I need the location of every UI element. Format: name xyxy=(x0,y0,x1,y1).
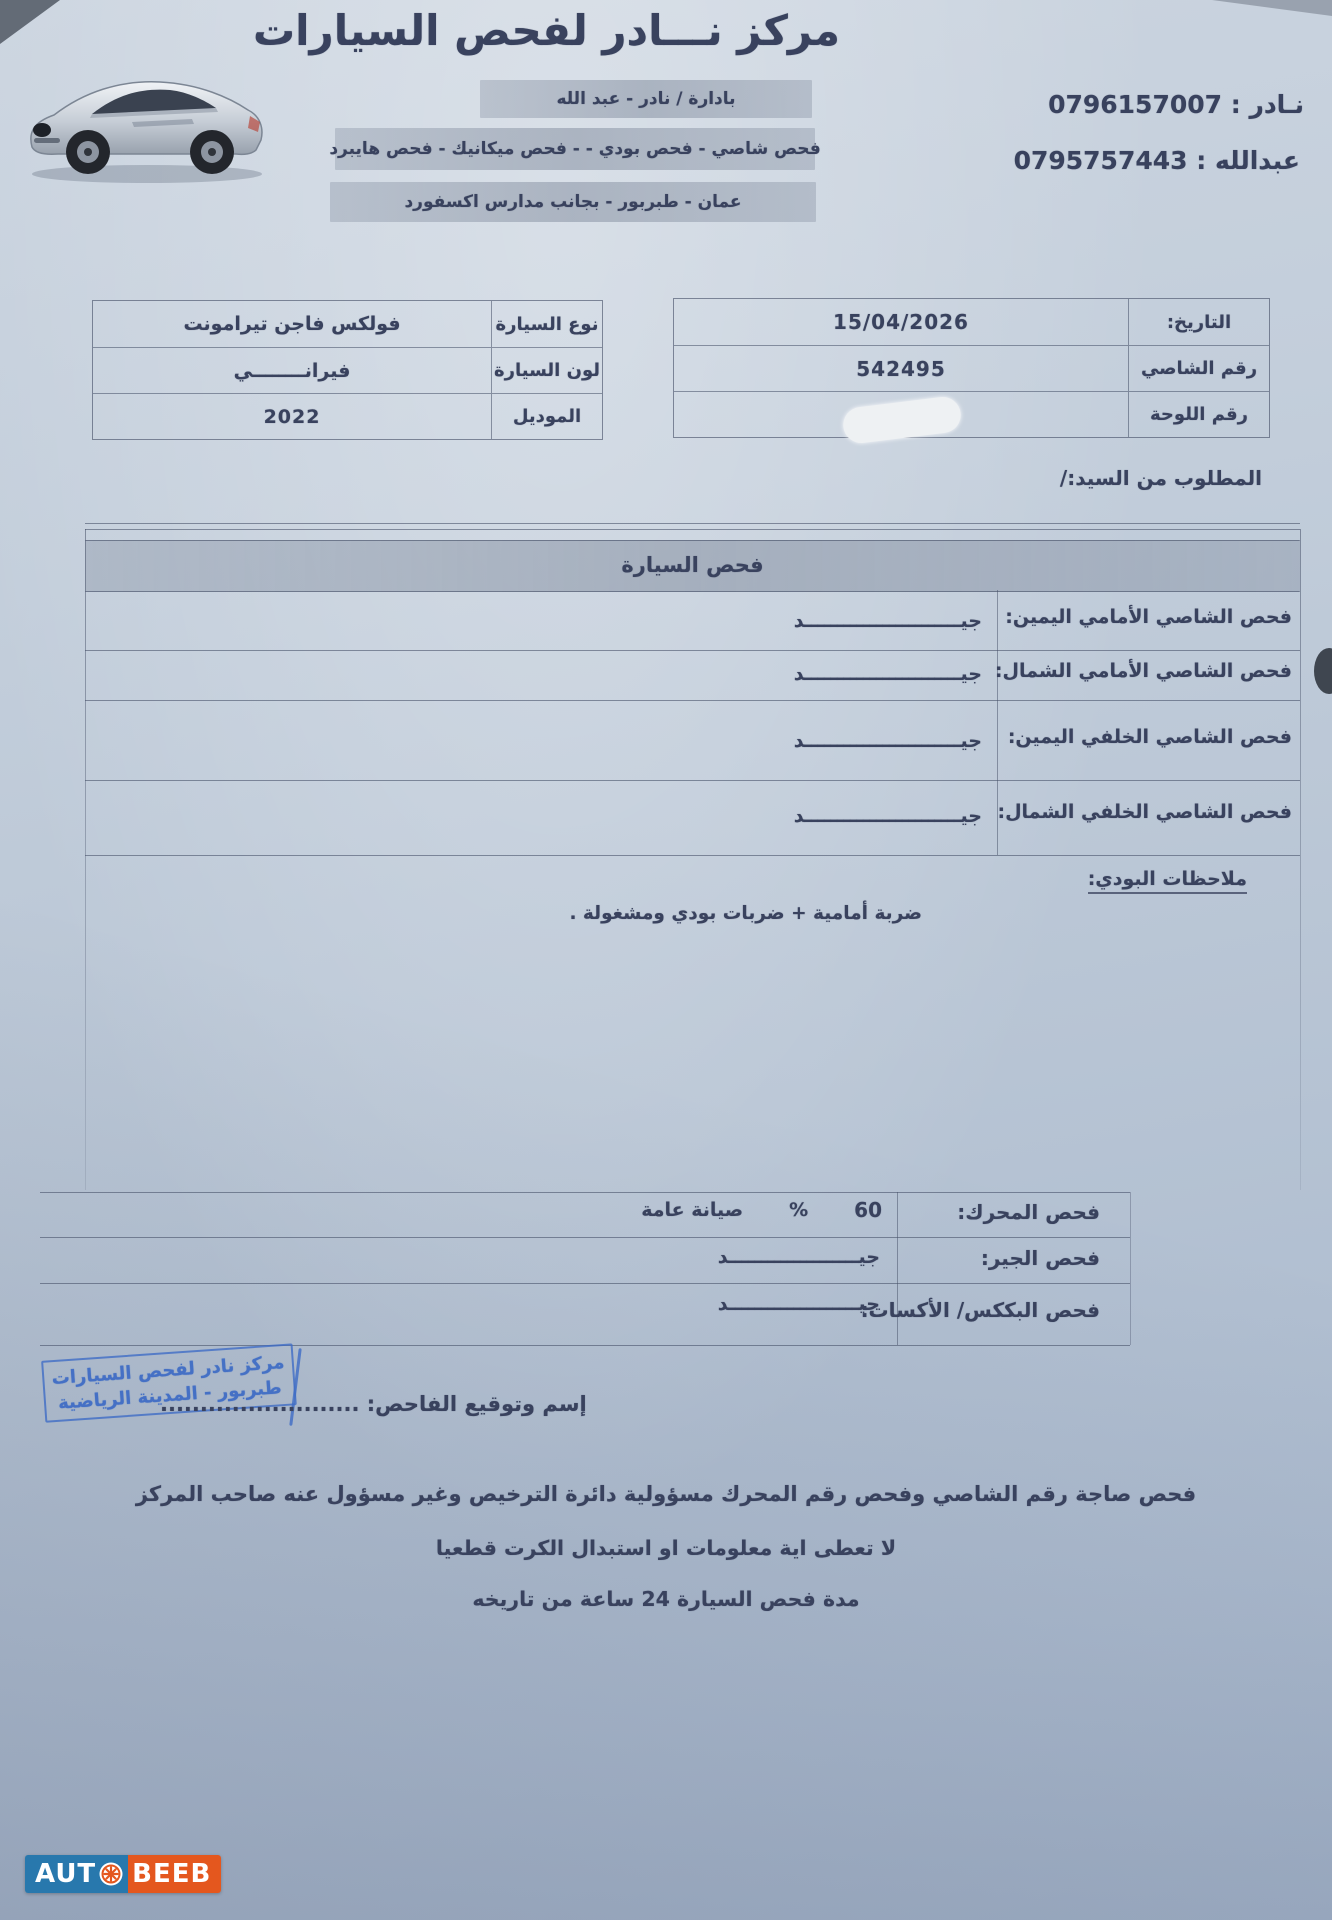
phone-abdullah-label: عبدالله : xyxy=(1196,146,1300,175)
chassis-value: 542495 xyxy=(674,345,1128,391)
autobeeb-text-left: AUT xyxy=(35,1859,96,1889)
services-line: فحص شاصي - فحص بودي - - فحص ميكانيك - فح… xyxy=(329,139,820,159)
inspection-row-label: فحص الشاصي الخلفي الشمال: xyxy=(997,801,1292,824)
inspection-section-title: فحص السيارة xyxy=(621,553,763,578)
row-line-1 xyxy=(85,650,1300,651)
scanned-inspection-form: مركز نـــادر لفحص السيارات بادارة / نادر… xyxy=(0,0,1332,1920)
inspection-row-value: جيــــــــــــــــــــــــد xyxy=(794,730,982,753)
footer-note-2: لا تعطى اية معلومات او استبدال الكرت قطع… xyxy=(66,1536,1266,1561)
signature-dotted-line: ......................... xyxy=(160,1392,359,1416)
phone-nader: نـادر : 0796157007 xyxy=(1048,90,1304,120)
vehicle-type-label: نوع السيارة xyxy=(491,301,602,347)
mech-right-border xyxy=(1130,1192,1131,1345)
footer-note-1: فحص صاجة رقم الشاصي وفحص رقم المحرك مسؤو… xyxy=(66,1482,1266,1507)
autobeeb-text-right: BEEB xyxy=(132,1859,211,1889)
paper-edge-notch xyxy=(1314,648,1332,694)
inspection-header-band: فحص السيارة xyxy=(85,540,1300,592)
vehicle-color-label: لون السيارة xyxy=(491,347,602,393)
box-top-line-outer xyxy=(85,523,1300,524)
services-band: فحص شاصي - فحص بودي - - فحص ميكانيك - فح… xyxy=(335,128,815,170)
engine-check-label: فحص المحرك: xyxy=(957,1200,1100,1224)
mech-line-bottom xyxy=(40,1345,1130,1346)
management-band: بادارة / نادر - عبد الله xyxy=(480,80,812,118)
row-line-2 xyxy=(85,700,1300,701)
autobeeb-watermark: AUT BEEB xyxy=(25,1855,221,1893)
mech-line-top xyxy=(40,1192,1130,1193)
address-line: عمان - طبربور - بجانب مدارس اكسفورد xyxy=(404,192,741,212)
photo-corner-shadow xyxy=(0,0,60,44)
car-photo xyxy=(22,52,272,192)
plate-label: رقم اللوحة xyxy=(1128,391,1269,437)
box-top-line-inner xyxy=(85,529,1300,530)
photo-corner-shadow-right xyxy=(1212,0,1332,16)
footer-note-3: مدة فحص السيارة 24 ساعة من تاريخه xyxy=(66,1587,1266,1612)
gear-check-label: فحص الجير: xyxy=(981,1246,1100,1270)
body-notes-value: ضربة أمامية + ضربات بودي ومشغولة . xyxy=(569,903,922,925)
phone-nader-label: نـادر : xyxy=(1231,90,1304,119)
requested-by-label: المطلوب من السيد:/ xyxy=(1060,466,1262,490)
vehicle-info-table-right: التاريخ: 15/04/2026 رقم الشاصي 542495 رق… xyxy=(673,298,1270,438)
row-line-4 xyxy=(85,855,1300,856)
engine-percent-sign: % xyxy=(789,1199,808,1222)
inspector-signature-line: إسم وتوقيع الفاحص: .....................… xyxy=(160,1392,600,1417)
paper-background: مركز نـــادر لفحص السيارات بادارة / نادر… xyxy=(0,0,1332,1920)
chassis-label: رقم الشاصي xyxy=(1128,345,1269,391)
phone-abdullah-number: 0795757443 xyxy=(1014,146,1188,175)
axle-check-label: فحص البككس/ الأكسات: xyxy=(861,1298,1100,1322)
body-notes-label: ملاحظات البودي: xyxy=(1088,868,1247,894)
row-line-3 xyxy=(85,780,1300,781)
vehicle-info-table-left: نوع السيارة فولكس فاجن تيرامونت لون السي… xyxy=(92,300,603,440)
inspector-signature-label: إسم وتوقيع الفاحص: xyxy=(367,1392,587,1416)
vehicle-color-value: فيرانــــــــي xyxy=(93,347,491,393)
vehicle-model-label: الموديل xyxy=(491,393,602,439)
engine-value-text: صيانة عامة xyxy=(641,1199,743,1222)
inspection-row-label: فحص الشاصي الخلفي اليمين: xyxy=(1008,726,1292,749)
gear-check-value: جيــــــــــــــــــــد xyxy=(718,1246,880,1269)
phone-abdullah: عبدالله : 0795757443 xyxy=(1014,146,1300,176)
wheel-icon xyxy=(98,1861,124,1887)
mech-divider xyxy=(897,1192,898,1345)
management-line: بادارة / نادر - عبد الله xyxy=(556,89,735,109)
address-band: عمان - طبربور - بجانب مدارس اكسفورد xyxy=(330,182,816,222)
inspection-row-value: جيــــــــــــــــــــــــد xyxy=(794,805,982,828)
engine-percent-value: 60 xyxy=(854,1198,882,1222)
box-right-border xyxy=(1300,529,1301,1190)
vehicle-model-value: 2022 xyxy=(93,393,491,439)
engine-check-value: صيانة عامة % 60 xyxy=(641,1198,882,1222)
inspection-row-value: جيــــــــــــــــــــــــد xyxy=(794,610,982,633)
inspection-row-value: جيــــــــــــــــــــــــد xyxy=(794,663,982,686)
inspection-row-label: فحص الشاصي الأمامي الشمال: xyxy=(995,660,1292,683)
mech-line-3 xyxy=(40,1283,1130,1284)
axle-check-value: جيــــــــــــــــــــد xyxy=(718,1293,880,1316)
date-value: 15/04/2026 xyxy=(674,299,1128,345)
date-label: التاريخ: xyxy=(1128,299,1269,345)
mech-line-2 xyxy=(40,1237,1130,1238)
phone-nader-number: 0796157007 xyxy=(1048,90,1222,119)
center-title: مركز نـــادر لفحص السيارات xyxy=(420,6,840,56)
box-left-border xyxy=(85,529,86,1190)
inspection-row-label: فحص الشاصي الأمامي اليمين: xyxy=(1005,606,1292,629)
vehicle-type-value: فولكس فاجن تيرامونت xyxy=(93,301,491,347)
